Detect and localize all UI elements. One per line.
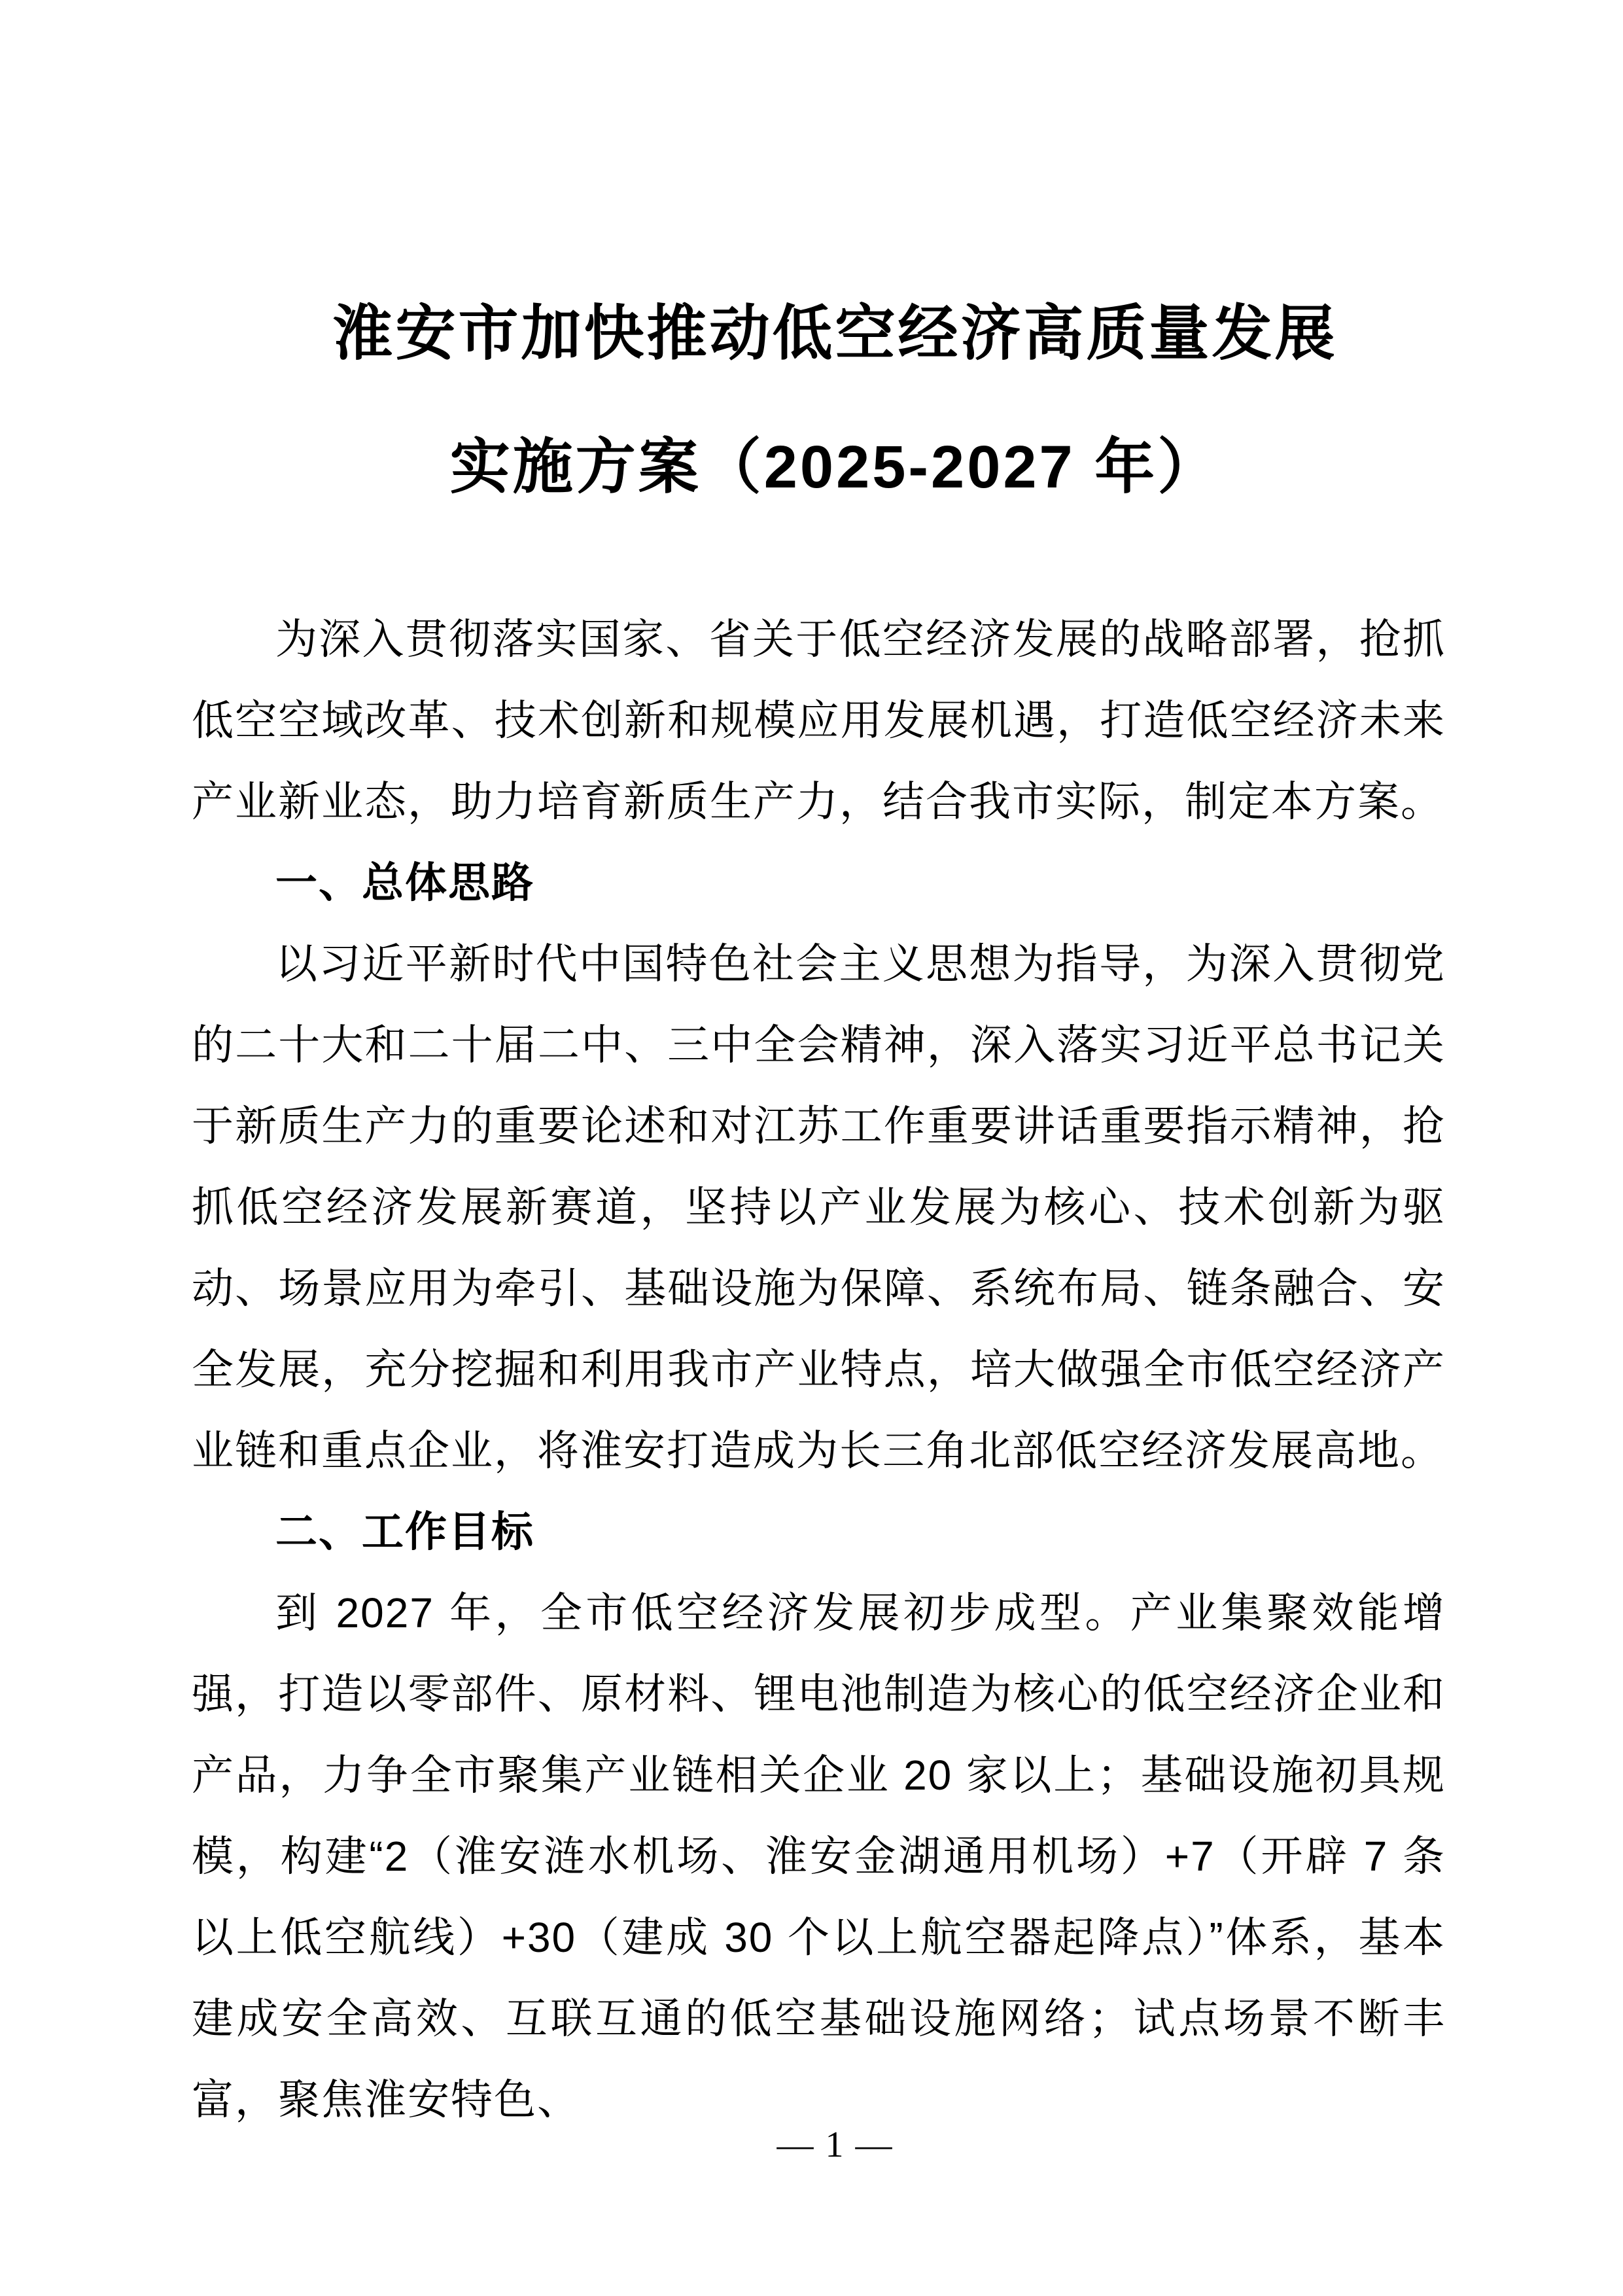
section-heading-work-goals: 二、工作目标 xyxy=(192,1491,1446,1572)
page-number: — 1 — xyxy=(777,2125,894,2165)
page-footer: — 1 — xyxy=(192,2124,1446,2166)
paragraph-work-goals: 到 2027 年，全市低空经济发展初步成型。产业集聚效能增强，打造以零部件、原材… xyxy=(192,1572,1446,2140)
document-title-line-2: 实施方案（2025-2027 年） xyxy=(224,400,1446,534)
document-page: 淮安市加快推动低空经济高质量发展 实施方案（2025-2027 年） 为深入贯彻… xyxy=(0,0,1623,2296)
paragraph-overall-approach: 以习近平新时代中国特色社会主义思想为指导，为深入贯彻党的二十大和二十届二中、三中… xyxy=(192,923,1446,1491)
document-title-line-1: 淮安市加快推动低空经济高质量发展 xyxy=(224,267,1446,400)
document-title: 淮安市加快推动低空经济高质量发展 实施方案（2025-2027 年） xyxy=(192,267,1446,534)
paragraph-intro: 为深入贯彻落实国家、省关于低空经济发展的战略部署，抢抓低空空域改革、技术创新和规… xyxy=(192,599,1446,842)
section-heading-overall-approach: 一、总体思路 xyxy=(192,842,1446,923)
document-body: 为深入贯彻落实国家、省关于低空经济发展的战略部署，抢抓低空空域改革、技术创新和规… xyxy=(192,599,1446,2140)
